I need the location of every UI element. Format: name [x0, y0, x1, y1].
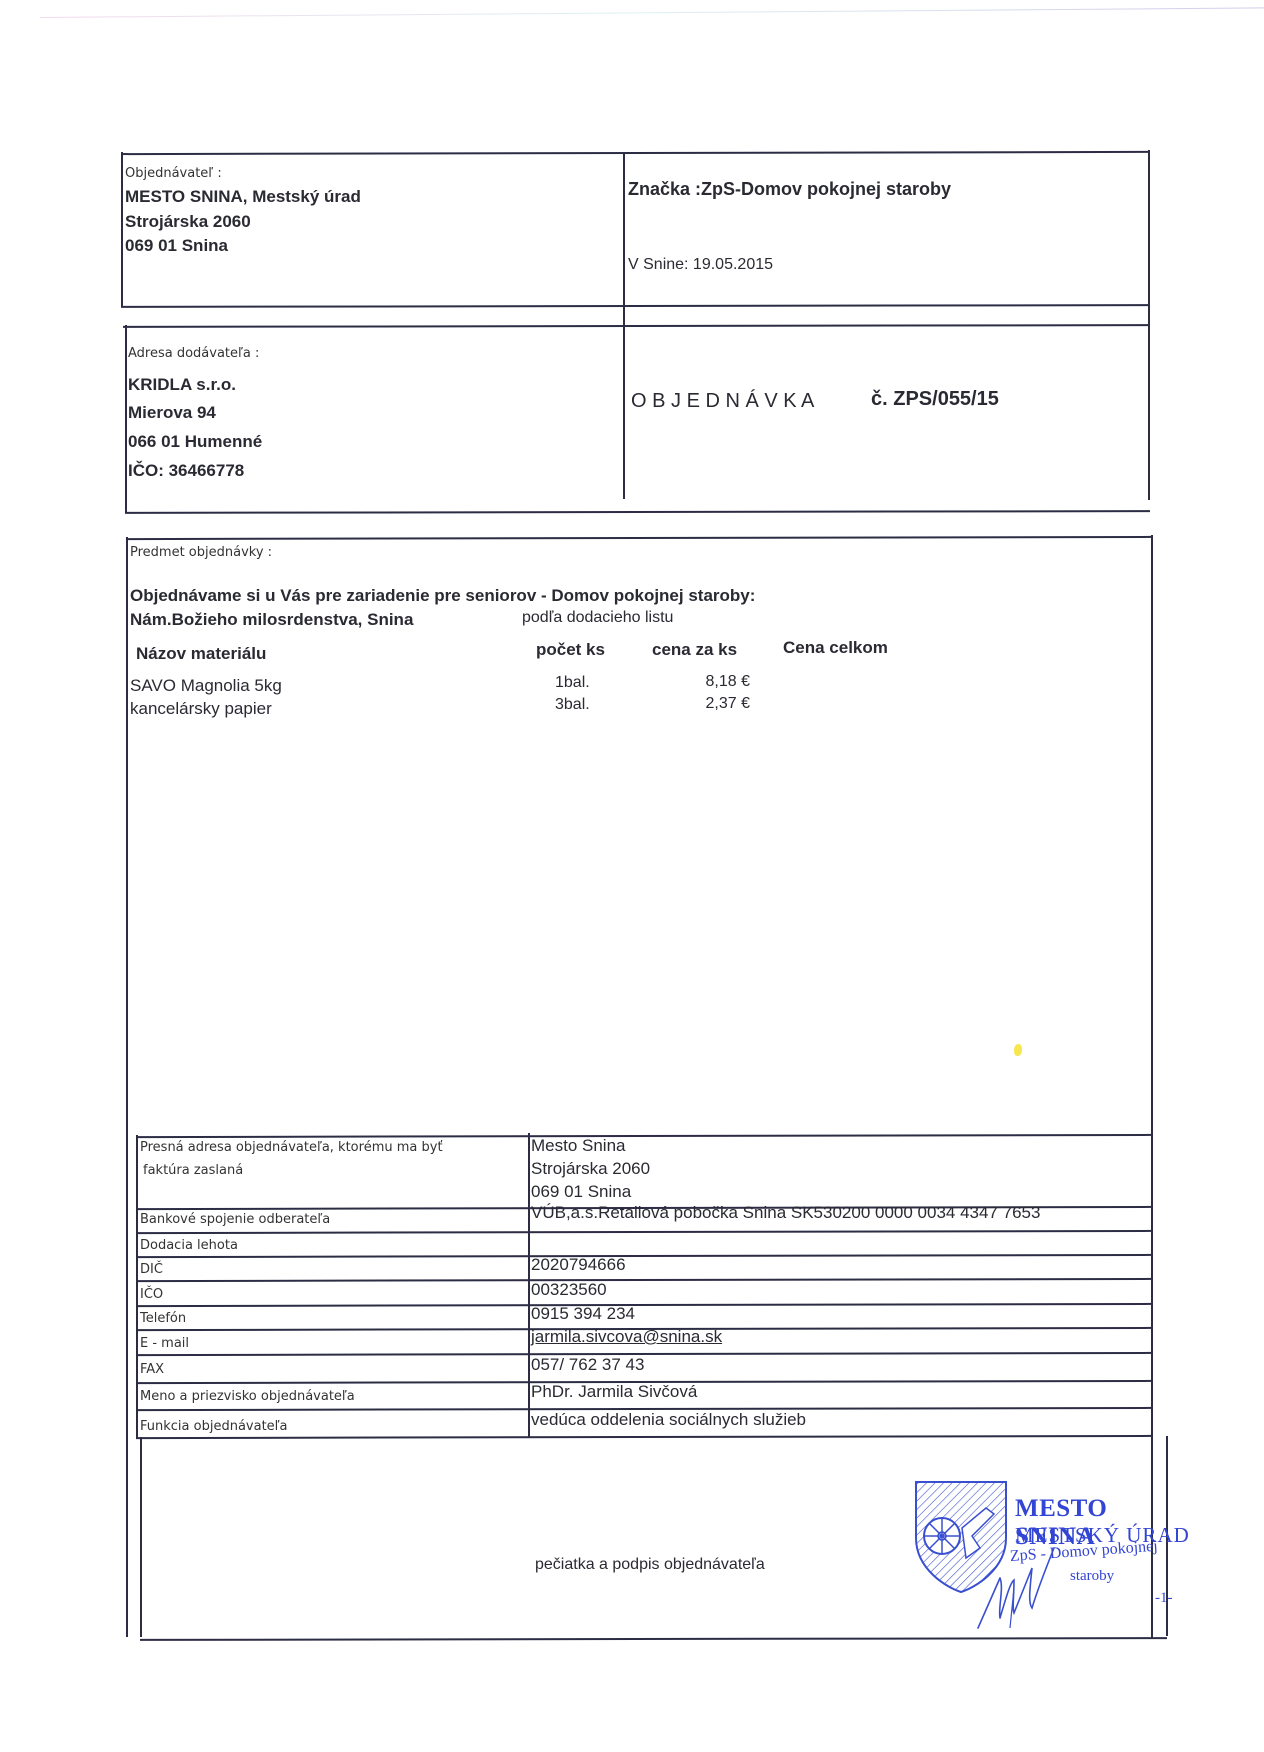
- invoice-address-label-2: faktúra zaslaná: [143, 1163, 243, 1178]
- detail-value-fax: 057/ 762 37 43: [531, 1355, 644, 1375]
- detail-value-function: vedúca oddelenia sociálnych služieb: [531, 1410, 806, 1430]
- supplier-name: KRIDLA s.r.o.: [128, 375, 236, 395]
- item-unit-price: 2,37 €: [690, 695, 750, 713]
- invoice-address-line: Strojárska 2060: [531, 1159, 650, 1179]
- item-name: SAVO Magnolia 5kg: [130, 676, 282, 696]
- invoice-address-label: Presná adresa objednávateľa, ktorému ma …: [140, 1140, 443, 1155]
- detail-label-fax: FAX: [140, 1362, 164, 1377]
- highlighter-spot: [1014, 1044, 1022, 1056]
- detail-label-name: Meno a priezvisko objednávateľa: [140, 1389, 355, 1404]
- stamp-line-5: -1-: [1155, 1590, 1173, 1607]
- invoice-address-line: Mesto Snina: [531, 1136, 626, 1156]
- detail-label-phone: Telefón: [140, 1311, 186, 1326]
- mark-text: Značka :ZpS-Domov pokojnej staroby: [628, 179, 951, 200]
- detail-value-email[interactable]: jarmila.sivcova@snina.sk: [531, 1327, 722, 1347]
- order-number: č. ZPS/055/15: [871, 388, 999, 411]
- orderer-label: Objednávateľ :: [125, 166, 222, 181]
- supplier-label: Adresa dodávateľa :: [128, 346, 259, 361]
- subject-label: Predmet objednávky :: [130, 545, 272, 560]
- item-name: kancelársky papier: [130, 699, 272, 719]
- invoice-address-line: 069 01 Snina: [531, 1182, 631, 1202]
- subject-intro: Objednávame si u Vás pre zariadenie pre …: [130, 586, 755, 606]
- orderer-city: 069 01 Snina: [125, 236, 228, 256]
- order-title-word: O B J E D N Á V K A: [631, 390, 814, 413]
- detail-label-email: E - mail: [140, 1336, 189, 1351]
- item-unit-price: 8,18 €: [690, 673, 750, 691]
- detail-value-phone: 0915 394 234: [531, 1304, 635, 1324]
- detail-value-ico: 00323560: [531, 1280, 607, 1300]
- detail-label-delivery: Dodacia lehota: [140, 1238, 238, 1253]
- item-qty: 1bal.: [555, 674, 590, 692]
- delivery-note: podľa dodacieho listu: [522, 609, 673, 627]
- detail-label-function: Funkcia objednávateľa: [140, 1419, 288, 1434]
- delivery-address: Nám.Božieho milosrdenstva, Snina: [130, 610, 413, 630]
- detail-value-name: PhDr. Jarmila Sivčová: [531, 1382, 697, 1402]
- col-header-qty: počet ks: [536, 640, 605, 660]
- item-qty: 3bal.: [555, 696, 590, 714]
- supplier-street: Mierova 94: [128, 403, 216, 423]
- detail-label-dic: DIČ: [140, 1262, 163, 1277]
- signature-caption: pečiatka a podpis objednávateľa: [535, 1556, 765, 1574]
- order-date: V Snine: 19.05.2015: [628, 256, 773, 274]
- supplier-city: 066 01 Humenné: [128, 432, 262, 452]
- scan-artifact-line: [40, 7, 1264, 18]
- orderer-name: MESTO SNINA, Mestský úrad: [125, 187, 361, 207]
- col-header-unit-price: cena za ks: [652, 640, 737, 660]
- detail-label-ico: IČO: [140, 1287, 163, 1302]
- col-header-total: Cena celkom: [783, 638, 888, 658]
- detail-value-bank: VÚB,a.s.Retailová pobočka Snina SK530200…: [531, 1203, 1040, 1223]
- col-header-material: Názov materiálu: [136, 644, 266, 664]
- orderer-street: Strojárska 2060: [125, 212, 251, 232]
- detail-value-dic: 2020794666: [531, 1255, 626, 1275]
- supplier-ico: IČO: 36466778: [128, 461, 244, 481]
- handwritten-signature-icon: [970, 1528, 1090, 1638]
- detail-label-bank: Bankové spojenie odberateľa: [140, 1212, 330, 1227]
- official-stamp: MESTO SNINA MESTSKÝ ÚRAD ZpS - Domov pok…: [910, 1478, 1190, 1628]
